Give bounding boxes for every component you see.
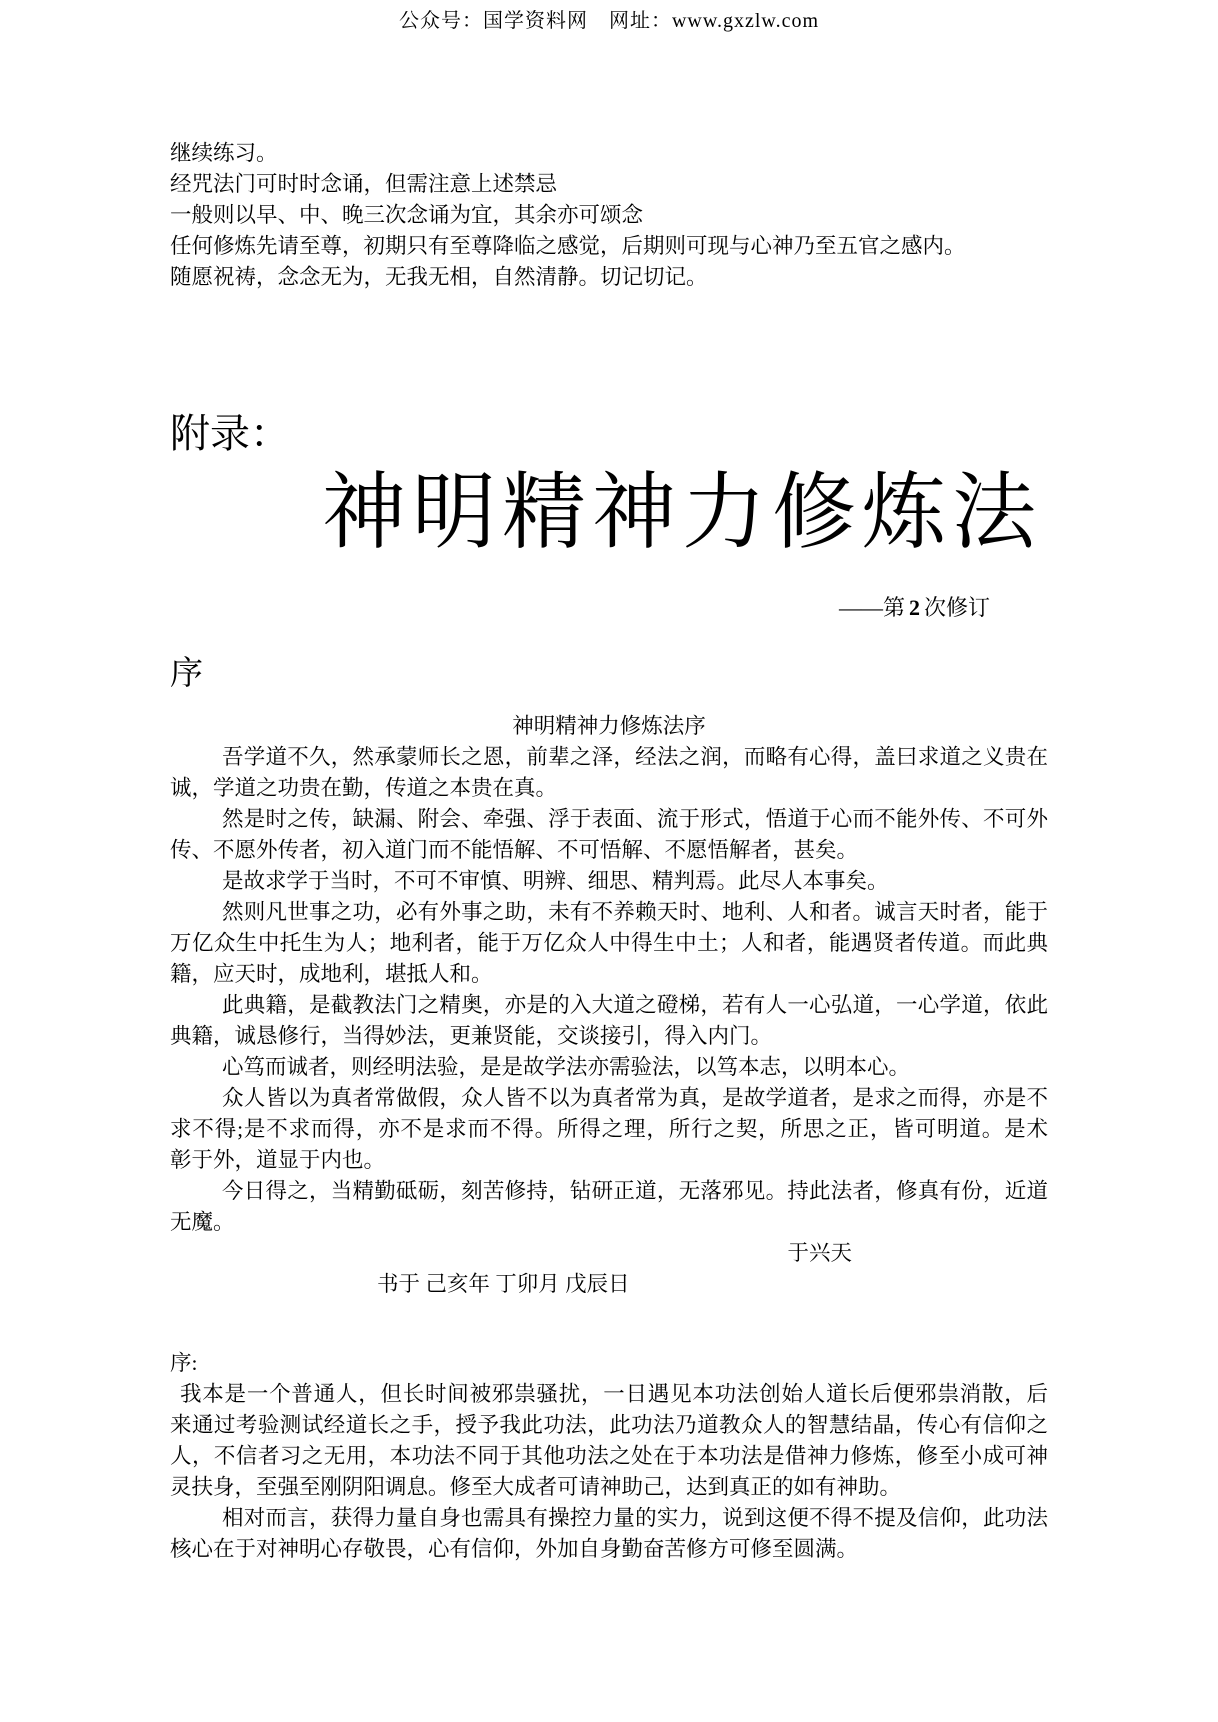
revision-number: 2 [905,595,924,620]
document-title: 神明精神力修炼法 [170,463,1048,565]
appendix-label: 附录： [170,405,1048,463]
intro-line: 经咒法门可时时念诵，但需注意上述禁忌 [170,169,1048,200]
second-preface-line: 相对而言，获得力量自身也需具有操控力量的实力，说到这便不得不提及信仰，此功法 [170,1503,1048,1534]
intro-line: 一般则以早、中、晚三次念诵为宜，其余亦可颂念 [170,200,1048,231]
second-preface-body: 我本是一个普通人，但长时间被邪祟骚扰，一日遇见本功法创始人道长后便邪祟消散，后 … [170,1379,1048,1565]
intro-line: 随愿祝祷，念念无为，无我无相，自然清静。切记切记。 [170,262,1048,293]
intro-line: 任何修炼先请至尊，初期只有至尊降临之感觉，后期则可现与心神乃至五官之感内。 [170,231,1048,262]
preface-line: 吾学道不久，然承蒙师长之恩，前辈之泽，经法之润，而略有心得，盖曰求道之义贵在 [170,742,1048,773]
preface-body: 吾学道不久，然承蒙师长之恩，前辈之泽，经法之润，而略有心得，盖曰求道之义贵在 诚… [170,742,1048,1238]
preface-heading: 序 [170,651,1048,697]
preface-line: 万亿众生中托生为人；地利者，能于万亿众人中得生中土；人和者，能遇贤者传道。而此典 [170,928,1048,959]
page-header: 公众号：国学资料网 网址：www.gxzlw.com [0,0,1218,34]
preface-line: 此典籍，是截教法门之精奥，亦是的入大道之磴梯，若有人一心弘道，一心学道，依此 [170,990,1048,1021]
second-preface-line: 我本是一个普通人，但长时间被邪祟骚扰，一日遇见本功法创始人道长后便邪祟消散，后 [170,1379,1048,1410]
author-signature: 于兴天 [170,1238,1048,1269]
preface-line: 是故求学于当时，不可不审慎、明辨、细思、精判焉。此尽人本事矣。 [170,866,1048,897]
preface-subtitle: 神明精神力修炼法序 [170,711,1048,742]
second-preface-line: 人，不信者习之无用，本功法不同于其他功法之处在于本功法是借神力修炼，修至小成可神 [170,1441,1048,1472]
preface-line: 典籍，诚恳修行，当得妙法，更兼贤能，交谈接引，得入内门。 [170,1021,1048,1052]
page-content: 继续练习。 经咒法门可时时念诵，但需注意上述禁忌 一般则以早、中、晚三次念诵为宜… [170,138,1048,1565]
intro-line: 继续练习。 [170,138,1048,169]
preface-line: 然则凡世事之功，必有外事之助，未有不养赖天时、地利、人和者。诚言天时者，能于 [170,897,1048,928]
preface-line: 传、不愿外传者，初入道门而不能悟解、不可悟解、不愿悟解者，甚矣。 [170,835,1048,866]
preface-line: 求不得;是不求而得，亦不是求而不得。所得之理，所行之契，所思之正，皆可明道。是术 [170,1114,1048,1145]
revision-note: ——第2次修订 [170,593,1048,623]
document-page: 公众号：国学资料网 网址：www.gxzlw.com 继续练习。 经咒法门可时时… [0,0,1218,1722]
second-preface-line: 核心在于对神明心存敬畏，心有信仰，外加自身勤奋苦修方可修至圆满。 [170,1534,1048,1565]
revision-prefix: ——第 [839,595,905,620]
revision-suffix: 次修订 [924,595,990,620]
second-preface-line: 灵扶身，至强至刚阴阳调息。修至大成者可请神助己，达到真正的如有神助。 [170,1472,1048,1503]
intro-block: 继续练习。 经咒法门可时时念诵，但需注意上述禁忌 一般则以早、中、晚三次念诵为宜… [170,138,1048,293]
date-line: 书于 己亥年 丁卯月 戊辰日 [170,1269,1048,1300]
preface-line: 彰于外，道显于内也。 [170,1145,1048,1176]
preface-line: 众人皆以为真者常做假，众人皆不以为真者常为真，是故学道者，是求之而得，亦是不 [170,1083,1048,1114]
preface-line: 然是时之传，缺漏、附会、牵强、浮于表面、流于形式，悟道于心而不能外传、不可外 [170,804,1048,835]
preface-line: 今日得之，当精勤砥砺，刻苦修持，钻研正道，无落邪见。持此法者，修真有份，近道 [170,1176,1048,1207]
second-preface-line: 来通过考验测试经道长之手，授予我此功法，此功法乃道教众人的智慧结晶，传心有信仰之 [170,1410,1048,1441]
preface-line: 无魔。 [170,1207,1048,1238]
second-preface-label: 序: [170,1348,1048,1379]
preface-line: 诚，学道之功贵在勤，传道之本贵在真。 [170,773,1048,804]
preface-line: 籍，应天时，成地利，堪抵人和。 [170,959,1048,990]
preface-line: 心笃而诚者，则经明法验，是是故学法亦需验法，以笃本志，以明本心。 [170,1052,1048,1083]
